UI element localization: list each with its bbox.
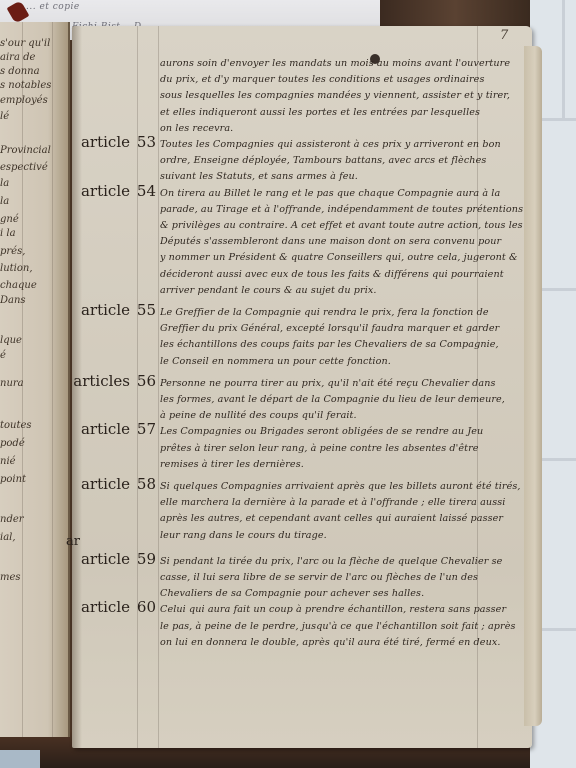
article-word: article: [72, 133, 130, 151]
manuscript-line: Chevaliers de sa Compagnie pour achever …: [160, 586, 525, 602]
article-heading: article55: [72, 301, 160, 319]
article-number: 53: [130, 133, 156, 151]
left-page-fragment: chaque: [0, 280, 37, 291]
left-page-fragment: nié: [0, 456, 16, 467]
manuscript-line: Personne ne pourra tirer au prix, qu'il …: [160, 376, 525, 392]
left-page: s'our qu'ilaira des donnas notablesemplo…: [0, 22, 70, 737]
left-page-fragment: nder: [0, 514, 24, 525]
article-number: 58: [130, 475, 156, 493]
manuscript-line: Toutes les Compagnies qui assisteront à …: [160, 137, 525, 153]
background-note-line-1: ... et copie: [26, 2, 80, 12]
manuscript-line: on lui en donnera le double, après qu'il…: [160, 635, 525, 651]
left-page-fragment: s'our qu'il: [0, 38, 50, 49]
manuscript-line: après les autres, et cependant avant cel…: [160, 511, 525, 527]
left-page-fragment: toutes: [0, 420, 32, 431]
left-page-fragment: lé: [0, 111, 9, 122]
article-number: 56: [130, 372, 156, 390]
left-page-fragment: s donna: [0, 66, 40, 77]
manuscript-line: sous lesquelles les compagnies mandées y…: [160, 88, 525, 104]
manuscript-line: parade, au Tirage et à l'offrande, indép…: [160, 202, 525, 218]
left-page-fragment: employés: [0, 95, 48, 106]
left-page-fragment: gné: [0, 214, 19, 225]
article-word: article: [72, 550, 130, 568]
manuscript-line: elle marchera la dernière à la parade et…: [160, 495, 525, 511]
manuscript-line: le pas, à peine de le perdre, jusqu'à ce…: [160, 619, 525, 635]
background-object: [0, 750, 40, 768]
margin-annotation: ar: [66, 534, 80, 549]
left-page-fragment: i la: [0, 228, 16, 239]
left-page-fragment: lque: [0, 335, 22, 346]
manuscript-line: prêtes à tirer selon leur rang, à peine …: [160, 441, 525, 457]
manuscript-line: du prix, et d'y marquer toutes les condi…: [160, 72, 525, 88]
article-heading: article54: [72, 182, 160, 200]
manuscript-line: Les Compagnies ou Brigades seront obligé…: [160, 424, 525, 440]
manuscript-line: leur rang dans le cours du tirage.: [160, 528, 525, 544]
left-page-fragment: Dans: [0, 295, 26, 306]
article-heading: article58: [72, 475, 160, 493]
left-page-fragment: lution,: [0, 263, 33, 274]
left-page-fragment: nura: [0, 378, 24, 389]
manuscript-line: Celui qui aura fait un coup à prendre éc…: [160, 602, 525, 618]
article-word: article: [72, 420, 130, 438]
manuscript-line: décideront aussi avec eux de tous les fa…: [160, 267, 525, 283]
left-page-fragment: Provincial: [0, 145, 51, 156]
tile-joint: [562, 0, 565, 120]
article-heading: articles56: [72, 372, 160, 390]
manuscript-line: on les recevra.: [160, 121, 525, 137]
manuscript-line: suivant les Statuts, et sans armes à feu…: [160, 169, 525, 185]
manuscript-line: & privilèges au contraire. A cet effet e…: [160, 218, 525, 234]
page-edge: [524, 46, 542, 726]
left-page-fragment: s notables: [0, 80, 51, 91]
left-page-fragment: ial,: [0, 532, 16, 543]
left-page-fragment: la: [0, 196, 9, 207]
left-page-fragment: la: [0, 178, 9, 189]
left-page-fragment: aira de: [0, 52, 35, 63]
left-page-fragment: mes: [0, 572, 21, 583]
ruled-line: [52, 22, 53, 737]
left-page-fragment: point: [0, 474, 26, 485]
article-number: 54: [130, 182, 156, 200]
article-number: 59: [130, 550, 156, 568]
manuscript-line: arriver pendant le cours & au sujet du p…: [160, 283, 525, 299]
manuscript-line: ordre, Enseigne déployée, Tambours batta…: [160, 153, 525, 169]
manuscript-line: aurons soin d'envoyer les mandats un moi…: [160, 56, 525, 72]
manuscript-line: et elles indiqueront aussi les portes et…: [160, 105, 525, 121]
manuscript-line: à peine de nullité des coups qu'il ferai…: [160, 408, 525, 424]
article-heading: article53: [72, 133, 160, 151]
manuscript-line: remises à tirer les dernières.: [160, 457, 525, 473]
article-number: 55: [130, 301, 156, 319]
article-word: article: [72, 598, 130, 616]
article-heading: article59: [72, 550, 160, 568]
manuscript-line: On tirera au Billet le rang et le pas qu…: [160, 186, 525, 202]
manuscript-line: Si pendant la tirée du prix, l'arc ou la…: [160, 554, 525, 570]
article-heading: article60: [72, 598, 160, 616]
manuscript-line: Greffier du prix Général, excepté lorsqu…: [160, 321, 525, 337]
manuscript-line: le Conseil en nommera un pour cette fonc…: [160, 354, 525, 370]
left-page-fragment: espectivé: [0, 162, 48, 173]
manuscript-line: les échantillons des coups faits par les…: [160, 337, 525, 353]
article-word: article: [72, 475, 130, 493]
article-word: article: [72, 301, 130, 319]
left-page-fragment: é: [0, 350, 6, 361]
manuscript-line: Députés s'assembleront dans une maison d…: [160, 234, 525, 250]
left-page-fragment: prés,: [0, 246, 25, 257]
article-word: article: [72, 182, 130, 200]
article-heading: article57: [72, 420, 160, 438]
left-page-fragment: podé: [0, 438, 25, 449]
article-number: 57: [130, 420, 156, 438]
article-number: 60: [130, 598, 156, 616]
manuscript-line: Le Greffier de la Compagnie qui rendra l…: [160, 305, 525, 321]
manuscript-line: y nommer un Président & quatre Conseille…: [160, 250, 525, 266]
manuscript-line: les formes, avant le départ de la Compag…: [160, 392, 525, 408]
manuscript-page: 7 aurons soin d'envoyer les mandats un m…: [72, 26, 532, 748]
page-number: 7: [500, 28, 508, 43]
article-word: articles: [72, 372, 130, 390]
manuscript-line: Si quelques Compagnies arrivaient après …: [160, 479, 525, 495]
manuscript-line: casse, il lui sera libre de se servir de…: [160, 570, 525, 586]
